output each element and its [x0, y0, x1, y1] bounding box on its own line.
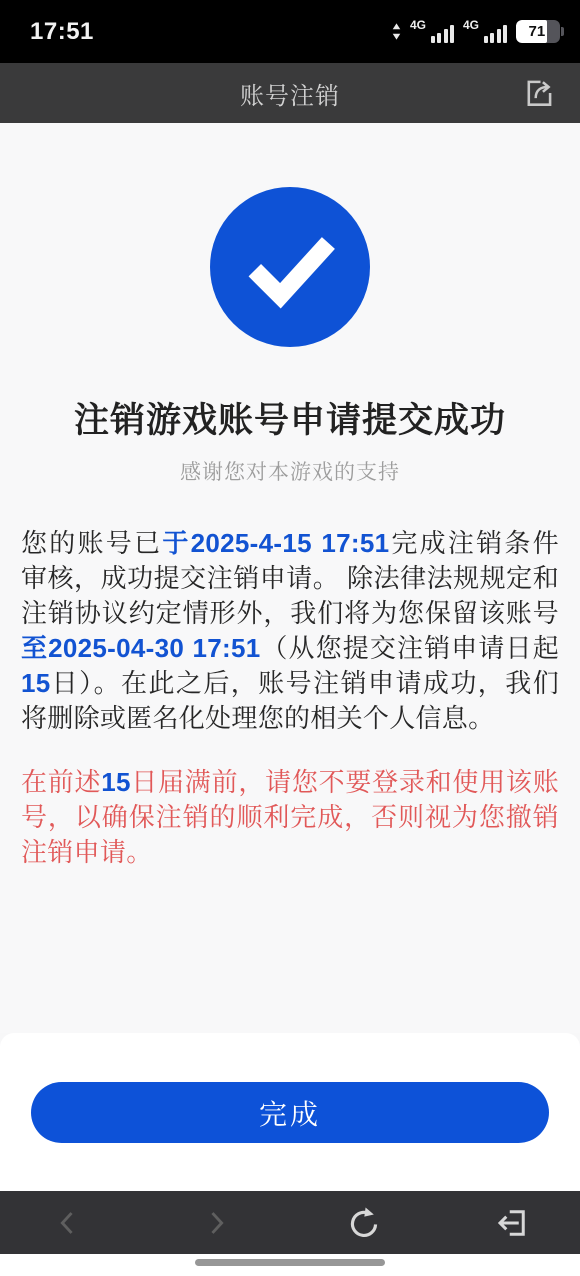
network-type-label: 4G — [463, 18, 479, 32]
signal-4g-icon: 4G — [410, 18, 454, 45]
success-check-icon — [210, 187, 370, 347]
status-bar: 17:51 4G 4G 71 — [0, 0, 580, 63]
share-icon — [521, 75, 557, 111]
refresh-button[interactable] — [344, 1203, 384, 1243]
network-type-label: 4G — [410, 18, 426, 32]
signal-4g-icon: 4G — [463, 18, 507, 45]
signal-bars — [431, 25, 455, 43]
share-button[interactable] — [520, 74, 558, 112]
exit-icon — [494, 1205, 530, 1241]
forward-button[interactable] — [196, 1203, 236, 1243]
status-time: 17:51 — [30, 18, 94, 46]
footer-panel: 完成 — [0, 1033, 580, 1191]
battery-percent: 71 — [529, 23, 546, 40]
back-button[interactable] — [48, 1203, 88, 1243]
page-title: 账号注销 — [240, 76, 340, 111]
battery-icon: 71 — [516, 20, 564, 43]
done-button[interactable]: 完成 — [31, 1082, 549, 1143]
back-icon — [51, 1206, 85, 1240]
body-paragraph: 您的账号已于2025-4-15 17:51完成注销条件审核，成功提交注销申请。 … — [21, 526, 559, 736]
status-icons: 4G 4G 71 — [392, 18, 564, 45]
phone-screen: 17:51 4G 4G 71 账号注销 — [0, 0, 580, 1276]
signal-bars — [484, 25, 508, 43]
title-bar: 账号注销 — [0, 63, 580, 123]
home-indicator[interactable] — [195, 1259, 385, 1266]
content-area: 注销游戏账号申请提交成功 感谢您对本游戏的支持 您的账号已于2025-4-15 … — [0, 123, 580, 1033]
browser-nav-bar — [0, 1191, 580, 1254]
home-indicator-area — [0, 1254, 580, 1276]
refresh-icon — [345, 1204, 383, 1242]
result-heading: 注销游戏账号申请提交成功 — [0, 393, 580, 443]
forward-icon — [199, 1206, 233, 1240]
data-transfer-icon — [392, 23, 401, 40]
warning-paragraph: 在前述15日届满前，请您不要登录和使用该账号，以确保注销的顺利完成，否则视为您撤… — [21, 765, 559, 870]
result-subheading: 感谢您对本游戏的支持 — [0, 456, 580, 486]
exit-button[interactable] — [492, 1203, 532, 1243]
